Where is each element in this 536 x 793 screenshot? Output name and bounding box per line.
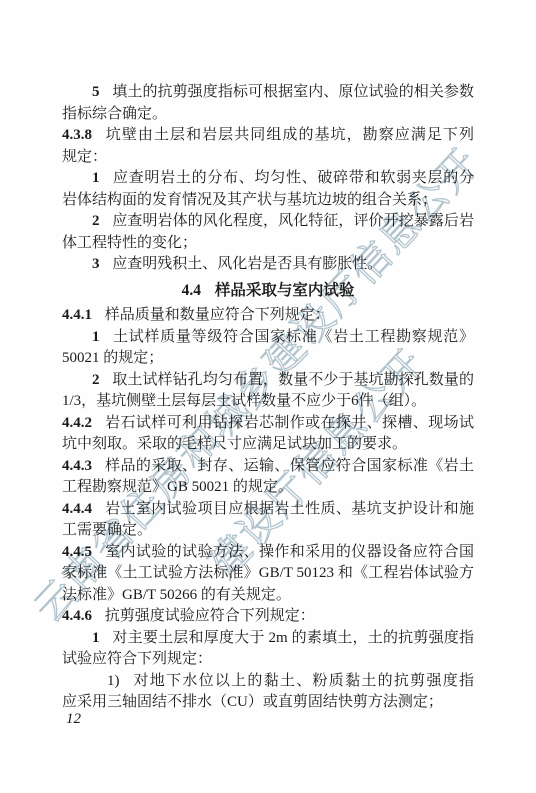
body-line: 4.4.1样品质量和数量应符合下列规定： — [62, 305, 474, 327]
body-line: 规定： — [62, 147, 474, 169]
body-line: 4.4.6抗剪强度试验应符合下列规定： — [62, 606, 474, 628]
body-line: 4.4.5室内试验的试验方法、操作和采用的仪器设备应符合国 — [62, 542, 474, 564]
body-line: 岩体结构面的发育情况及其产状与基坑边坡的组合关系； — [62, 190, 474, 212]
body-line: 5填土的抗剪强度指标可根据室内、原位试验的相关参数 — [62, 82, 474, 104]
clause-number: 4.4.6 — [62, 608, 92, 624]
clause-number: 4.4.4 — [62, 501, 92, 517]
body-line: 4.3.8坑壁由土层和岩层共同组成的基坑，勘察应满足下列 — [62, 125, 474, 147]
body-line: 3应查明残积土、风化岩是否具有膨胀性。 — [62, 254, 474, 276]
body-line: 1)对地下水位以上的黏土、粉质黏土的抗剪强度指标， — [62, 671, 474, 693]
text-block: 5填土的抗剪强度指标可根据室内、原位试验的相关参数指标综合确定。4.3.8坑壁由… — [62, 82, 474, 714]
clause-number: 1 — [92, 630, 100, 646]
item-number: 1) — [107, 673, 120, 689]
body-line: 4.4.4岩土室内试验项目应根据岩土性质、基坑支护设计和施 — [62, 499, 474, 521]
clause-number: 1 — [92, 329, 100, 345]
body-line: 2应查明岩体的风化程度，风化特征，评价开挖暴露后岩 — [62, 211, 474, 233]
clause-number: 4.4.2 — [62, 415, 92, 431]
clause-number: 2 — [92, 372, 100, 388]
clause-number: 2 — [92, 213, 100, 229]
document-page: 云南省住房和城乡建设厅信息公开 建设厅信息公开 5填土的抗剪强度指标可根据室内、… — [0, 0, 536, 793]
body-line: 试验应符合下列规定： — [62, 649, 474, 671]
body-line: 4.4.2岩石试样可利用钻探岩芯制作或在探井、探槽、现场试 — [62, 413, 474, 435]
body-line: 工程勘察规范》GB 50021 的规定。 — [62, 477, 474, 499]
clause-number: 1 — [92, 170, 100, 186]
body-line: 1土试样质量等级符合国家标准《岩土工程勘察规范》GB — [62, 327, 474, 349]
body-line: 1对主要土层和厚度大于 2m 的素填土，土的抗剪强度指标 — [62, 628, 474, 650]
clause-number: 4.3.8 — [62, 127, 92, 143]
body-line: 体工程特性的变化； — [62, 233, 474, 255]
body-line: 坑中刻取。采取的毛样尺寸应满足试块加工的要求。 — [62, 434, 474, 456]
clause-number: 4.4.5 — [62, 544, 92, 560]
clause-number: 5 — [92, 84, 100, 100]
clause-number: 3 — [92, 256, 100, 272]
body-line: 4.4.3样品的采取、封存、运输、保管应符合国家标准《岩土 — [62, 456, 474, 478]
body-line: 法标准》GB/T 50266 的有关规定。 — [62, 585, 474, 607]
body-line: 2取土试样钻孔均匀布置，数量不少于基坑勘探孔数量的 — [62, 370, 474, 392]
body-line: 家标准《土工试验方法标准》GB/T 50123 和《工程岩体试验方 — [62, 563, 474, 585]
body-line: 指标综合确定。 — [62, 104, 474, 126]
body-line: 1/3，基坑侧壁土层每层土试样数量不应少于6件（组）。 — [62, 391, 474, 413]
body-line: 50021 的规定； — [62, 348, 474, 370]
clause-number: 4.4.1 — [62, 307, 92, 323]
section-heading: 4.4样品采取与室内试验 — [62, 280, 474, 302]
body-line: 工需要确定。 — [62, 520, 474, 542]
body-line: 应采用三轴固结不排水（CU）或直剪固结快剪方法测定； — [62, 692, 474, 714]
clause-number: 4.4.3 — [62, 458, 92, 474]
body-line: 1应查明岩土的分布、均匀性、破碎带和软弱夹层的分布、 — [62, 168, 474, 190]
page-number: 12 — [66, 711, 81, 728]
